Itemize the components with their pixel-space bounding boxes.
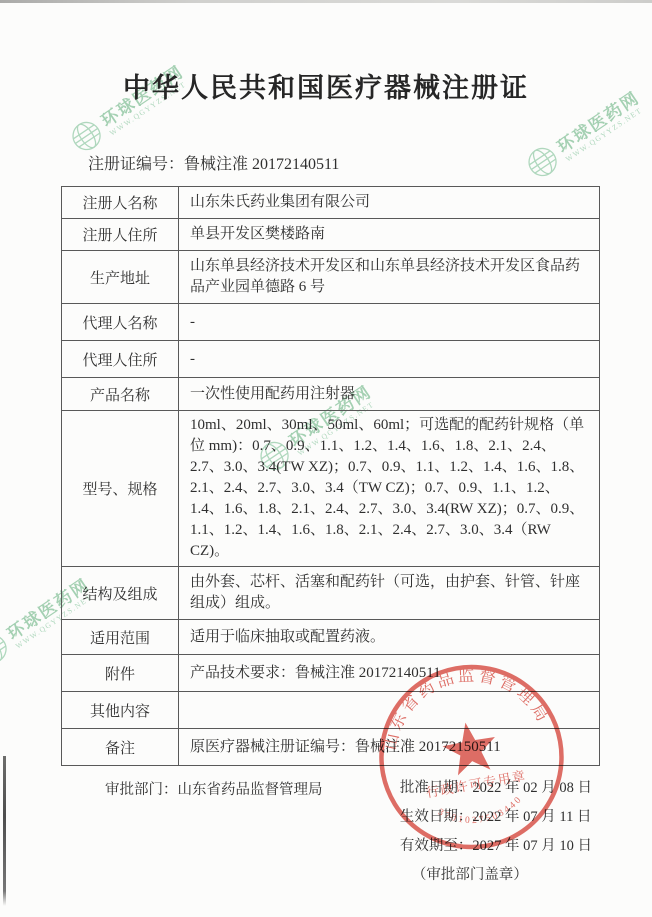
row-label: 备注 (62, 729, 179, 765)
certificate-page: 环球医药网 WWW.QGYYZS.NET 环球医药网 WWW.QGYYZS.NE… (0, 0, 652, 917)
row-value: 原医疗器械注册证编号：鲁械注准 20172150511 (179, 729, 599, 765)
table-row: 注册人名称 山东朱氏药业集团有限公司 (62, 187, 599, 219)
effective-date-value: 2022 年 07 月 11 日 (472, 809, 591, 825)
table-row: 适用范围 适用于临床抽取或配置药液。 (62, 620, 599, 655)
row-label: 适用范围 (62, 620, 179, 654)
table-row: 型号、规格 10ml、20ml、30ml、50ml、60ml；可选配的配药针规格… (62, 411, 599, 567)
valid-until-line: 有效期至：2027 年 07 月 10 日 (400, 834, 592, 855)
row-value: 山东单县经济技术开发区和山东单县经济技术开发区食品药品产业园单德路 6 号 (179, 251, 599, 303)
seal-note: （审批部门盖章） (400, 863, 592, 884)
table-row: 代理人名称 - (62, 304, 599, 341)
approval-date-label: 批准日期： (400, 780, 473, 796)
approval-dept-label: 审批部门： (105, 782, 178, 798)
row-label: 结构及组成 (62, 567, 179, 619)
table-row: 结构及组成 由外套、芯杆、活塞和配药针（可选，由护套、针管、针座组成）组成。 (62, 567, 599, 620)
row-value: 山东朱氏药业集团有限公司 (179, 187, 599, 218)
cert-number-value: 鲁械注准 20172140511 (184, 156, 339, 173)
effective-date-label: 生效日期： (400, 809, 473, 825)
table-row: 其他内容 (62, 692, 599, 729)
row-label: 型号、规格 (62, 411, 179, 566)
row-value: 10ml、20ml、30ml、50ml、60ml；可选配的配药针规格（单位 mm… (179, 411, 599, 566)
approval-date-line: 批准日期：2022 年 02 月 08 日 (400, 776, 592, 797)
approval-dept-value: 山东省药品监督管理局 (178, 782, 323, 798)
row-value: 一次性使用配药用注射器 (179, 378, 599, 410)
row-label: 生产地址 (62, 251, 179, 303)
row-value: 单县开发区樊楼路南 (179, 219, 599, 250)
table-row: 备注 原医疗器械注册证编号：鲁械注准 20172150511 (62, 729, 599, 765)
row-label: 注册人住所 (62, 219, 179, 250)
row-label: 附件 (62, 655, 179, 691)
row-label: 代理人住所 (62, 341, 179, 377)
effective-date-line: 生效日期：2022 年 07 月 11 日 (400, 805, 592, 826)
row-label: 产品名称 (62, 378, 179, 410)
row-value: 产品技术要求：鲁械注准 20172140511 (179, 655, 599, 691)
table-row: 生产地址 山东单县经济技术开发区和山东单县经济技术开发区食品药品产业园单德路 6… (62, 251, 599, 304)
row-value: 由外套、芯杆、活塞和配药针（可选，由护套、针管、针座组成）组成。 (179, 567, 599, 619)
valid-until-label: 有效期至： (400, 838, 473, 854)
footer: 审批部门：山东省药品监督管理局 批准日期：2022 年 02 月 08 日 生效… (0, 776, 652, 892)
row-label: 其他内容 (62, 692, 179, 728)
cert-number-line: 注册证编号：鲁械注准 20172140511 (88, 151, 652, 174)
row-value: - (179, 341, 599, 377)
date-block: 批准日期：2022 年 02 月 08 日 生效日期：2022 年 07 月 1… (400, 776, 592, 892)
row-label: 代理人名称 (62, 304, 179, 340)
page-title: 中华人民共和国医疗器械注册证 (0, 0, 652, 105)
approval-dept-line: 审批部门：山东省药品监督管理局 (105, 776, 323, 892)
table-row: 注册人住所 单县开发区樊楼路南 (62, 219, 599, 251)
table-row: 附件 产品技术要求：鲁械注准 20172140511 (62, 655, 599, 692)
row-value (179, 692, 599, 728)
table-row: 代理人住所 - (62, 341, 599, 378)
valid-until-value: 2027 年 07 月 10 日 (472, 838, 592, 854)
certificate-table: 注册人名称 山东朱氏药业集团有限公司 注册人住所 单县开发区樊楼路南 生产地址 … (61, 186, 600, 766)
row-value: 适用于临床抽取或配置药液。 (179, 620, 599, 654)
row-label: 注册人名称 (62, 187, 179, 218)
approval-date-value: 2022 年 02 月 08 日 (472, 780, 592, 796)
cert-number-label: 注册证编号： (88, 156, 184, 173)
row-value: - (179, 304, 599, 340)
table-row: 产品名称 一次性使用配药用注射器 (62, 378, 599, 411)
